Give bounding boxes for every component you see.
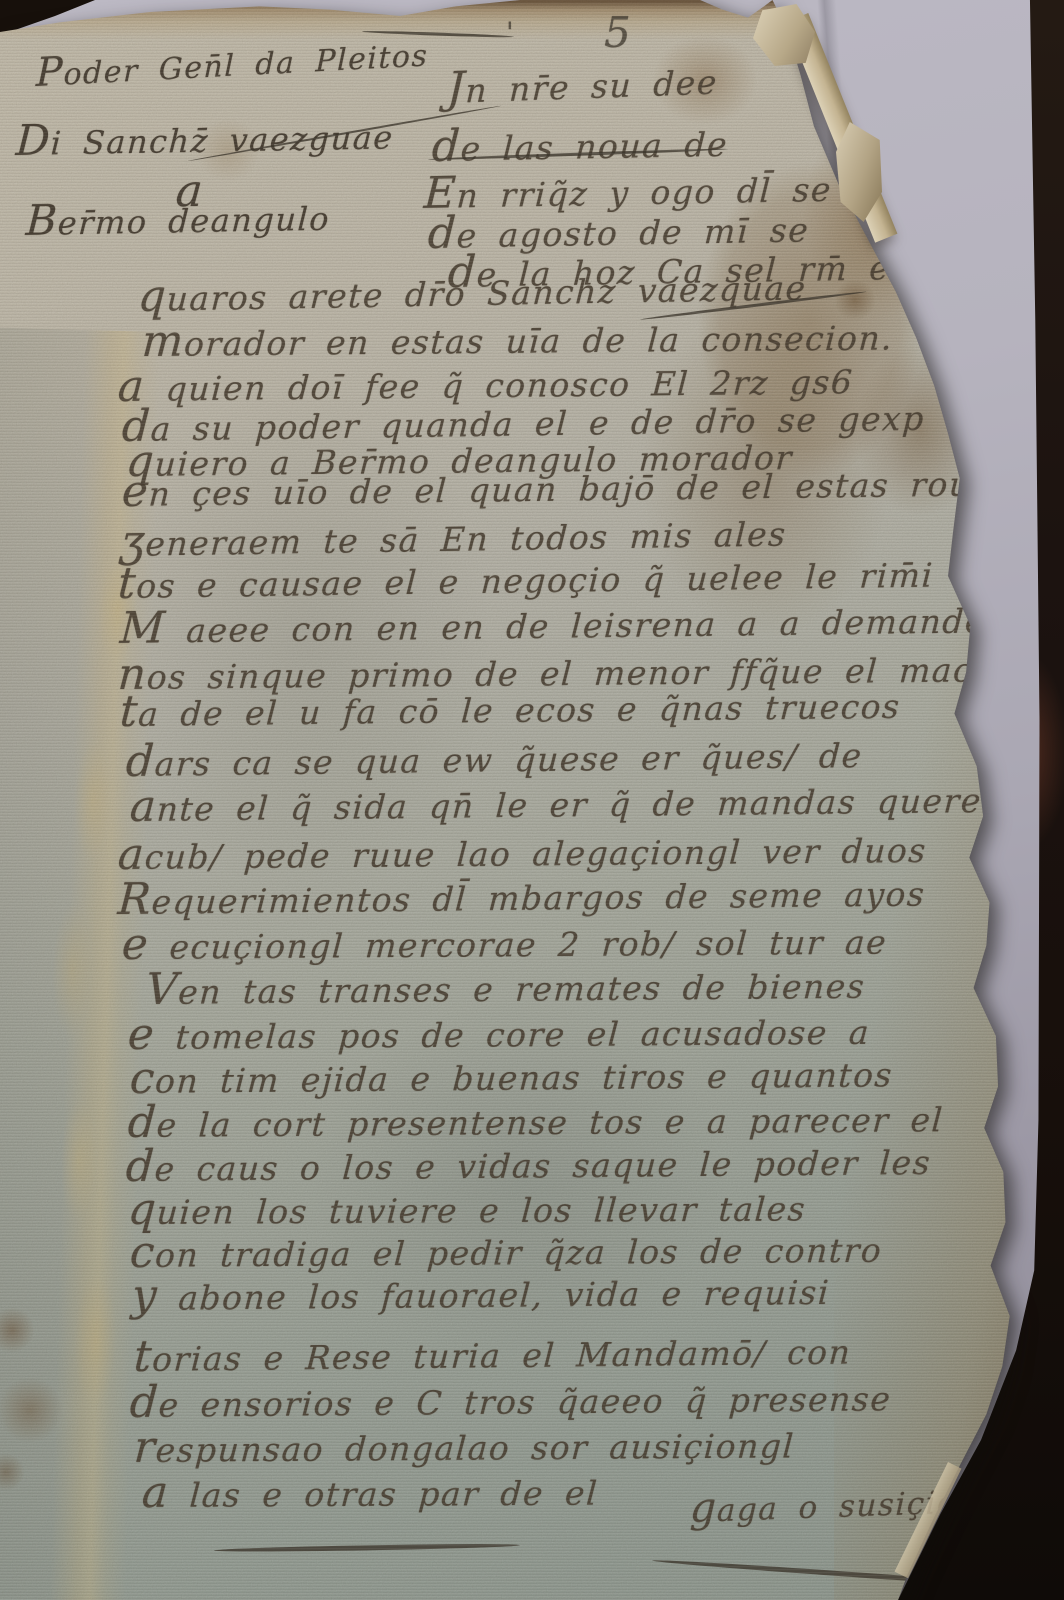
- page-number: 5: [604, 8, 632, 57]
- header-tick-mark: ': [506, 16, 515, 49]
- handwritten-line: y abone los fauorael, vida e requisi: [130, 1265, 831, 1321]
- ink-stroke: [652, 1558, 1029, 1589]
- margin-note-line: Poder Gen̄l da Pleitos: [36, 29, 429, 96]
- handwriting-layer: ' 5 Poder Gen̄l da PleitosDi Sanchz̄ vae…: [0, 0, 1064, 1600]
- manuscript-photo: ' 5 Poder Gen̄l da PleitosDi Sanchz̄ vae…: [0, 0, 1064, 1600]
- handwritten-line: respunsao dongalao sor ausiçiongl: [132, 1418, 796, 1473]
- handwritten-line: a las e otras par de el: [140, 1466, 600, 1518]
- handwritten-line: en çes uīo de el quan bajō de el estas r…: [121, 456, 995, 517]
- manuscript-page: ' 5 Poder Gen̄l da PleitosDi Sanchz̄ vae…: [0, 0, 1064, 1600]
- handwritten-line: Jn nr̄e su dee: [446, 54, 719, 114]
- margin-note-line: Ber̄mo deangulo: [25, 191, 332, 245]
- ink-stroke: [214, 1543, 520, 1553]
- manuscript-page-shadow: ' 5 Poder Gen̄l da PleitosDi Sanchz̄ vae…: [0, 0, 1064, 1600]
- handwritten-line: gaga o susiçion gl: [689, 1472, 1033, 1532]
